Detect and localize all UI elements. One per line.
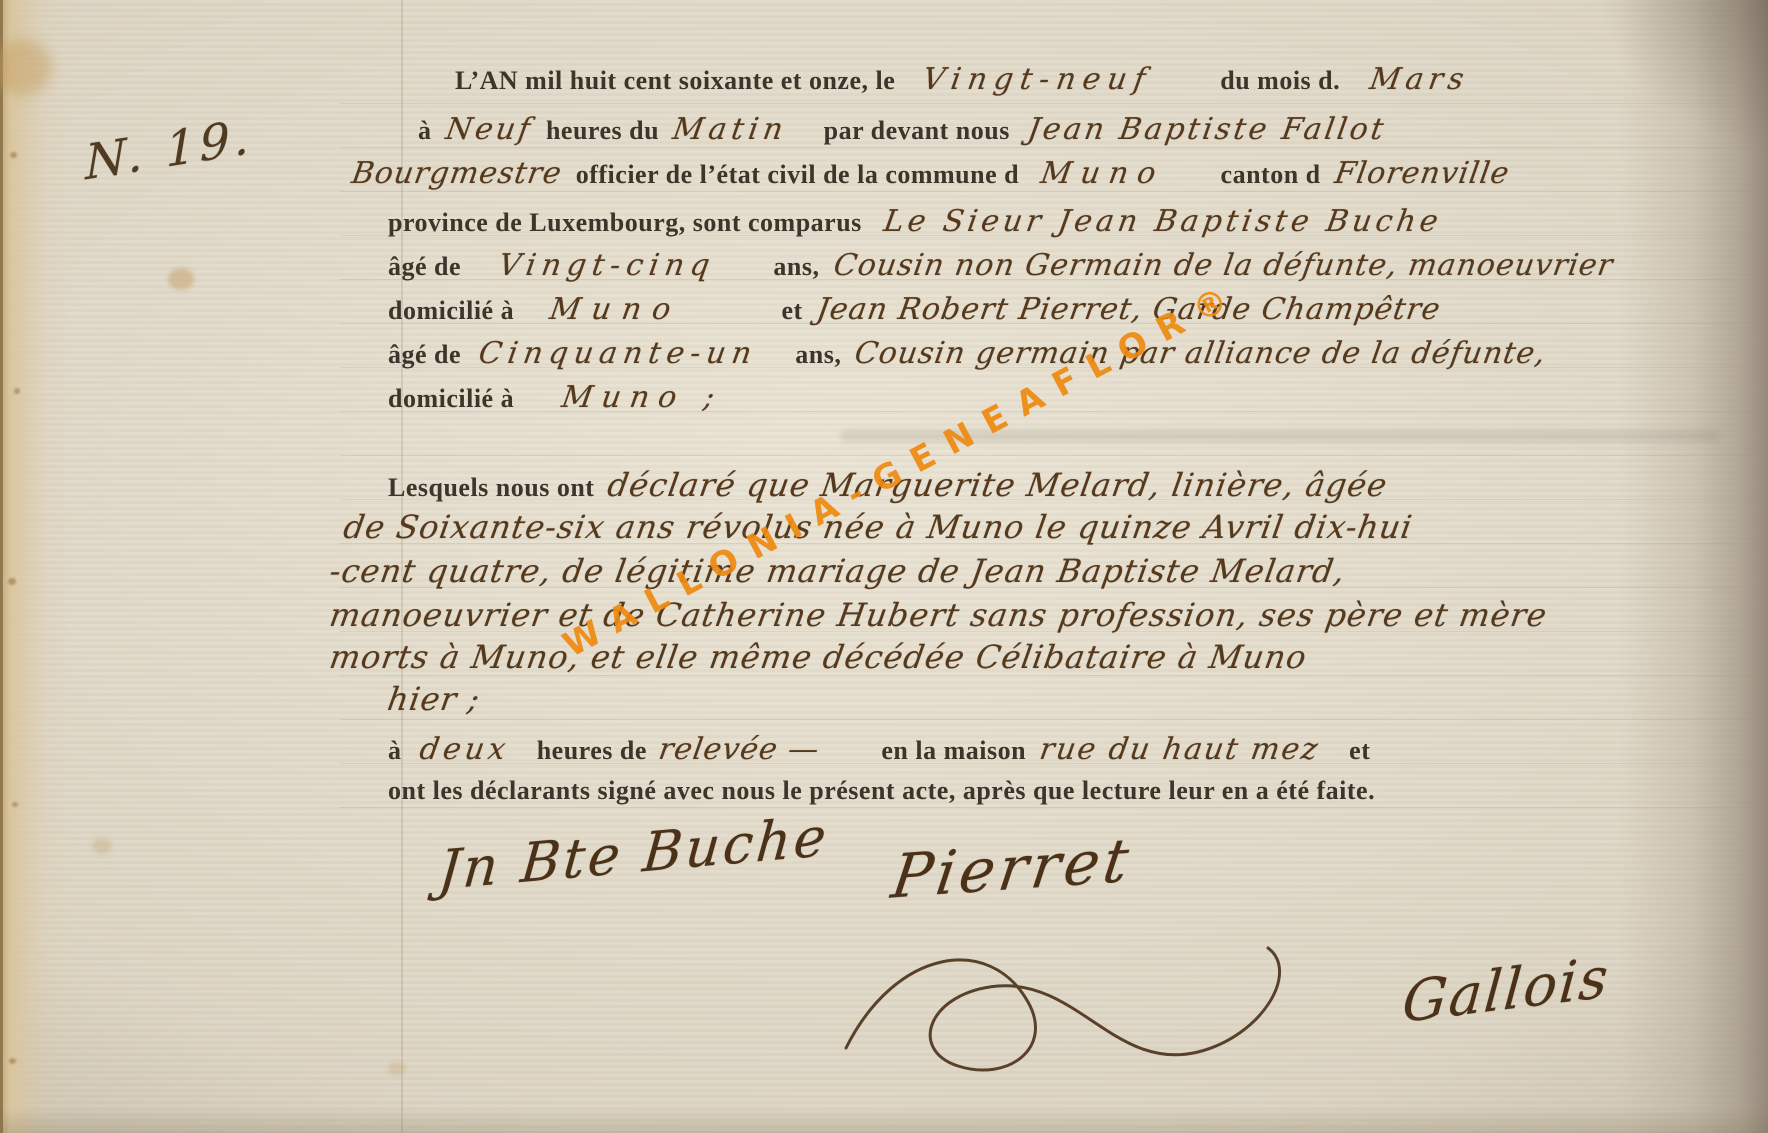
handwritten-text: -cent quatre, de légitime mariage de Jea… — [327, 552, 1348, 590]
handwritten-text: Jean Baptiste Fallot — [1025, 112, 1389, 147]
act-line: Bourgmestreofficier de l’état civil de l… — [352, 156, 1509, 202]
edge-speck — [14, 388, 20, 394]
handwritten-text: Muno — [1038, 156, 1167, 191]
handwritten-text: Le Sieur Jean Baptiste Buche — [881, 204, 1444, 239]
paper-stain — [388, 1062, 406, 1076]
act-line: -cent quatre, de légitime mariage de Jea… — [330, 552, 1345, 598]
page-edge-left-line — [0, 0, 3, 1133]
handwritten-text: Vingt-neuf — [921, 62, 1155, 97]
paper-stain — [0, 40, 52, 95]
act-line: L’AN mil huit cent soixante et onze, leV… — [455, 62, 1468, 108]
paper-stain — [92, 838, 112, 854]
act-line: province de Luxembourg, sont comparusLe … — [388, 204, 1441, 250]
signature-gallois: Gallois — [1400, 945, 1613, 1037]
act-line: domicilié àMunoetJean Robert Pierret, Ga… — [388, 292, 1440, 338]
printed-text: par devant nous — [824, 116, 1010, 145]
printed-text: L’AN mil huit cent soixante et onze, le — [455, 66, 895, 95]
handwritten-text: Jean Robert Pierret, Garde Champêtre — [814, 292, 1443, 327]
act-line: domicilié àMuno ; — [388, 380, 723, 426]
handwritten-text: Neuf — [443, 112, 535, 147]
handwritten-text: Matin — [670, 112, 790, 147]
edge-speck — [12, 802, 18, 807]
act-line: âgé deVingt-cinqans,Cousin non Germain d… — [388, 248, 1613, 294]
page-edge-left — [0, 0, 70, 1133]
handwritten-text: Cinquante-un — [476, 336, 760, 371]
printed-text: à — [388, 736, 402, 765]
printed-text: domicilié à — [388, 296, 514, 325]
printed-text: heures de — [537, 736, 647, 765]
act-line: ont les déclarants signé avec nous le pr… — [388, 776, 1375, 822]
act-line: de Soixante-six ans révolus née à Muno l… — [344, 508, 1412, 554]
paper-stain — [168, 268, 194, 290]
printed-text: et — [1349, 736, 1370, 765]
handwritten-text: relevée — — [656, 732, 822, 767]
page-edge-bottom — [0, 1107, 1768, 1133]
printed-text: à — [418, 116, 432, 145]
printed-text: officier de l’état civil de la commune d — [576, 160, 1019, 189]
handwritten-text: rue du haut mez — [1037, 732, 1322, 767]
printed-text: et — [782, 296, 803, 325]
act-line: morts à Muno, et elle même décédée Célib… — [330, 638, 1307, 684]
handwritten-text: Cousin germain par alliance de la défunt… — [853, 336, 1549, 371]
edge-speck — [9, 1058, 16, 1064]
act-number: N. 19. — [85, 108, 254, 191]
printed-text: du mois d. — [1220, 66, 1340, 95]
printed-text: province de Luxembourg, sont comparus — [388, 208, 862, 237]
handwritten-text: Muno — [547, 292, 684, 327]
printed-text: âgé de — [388, 340, 461, 369]
printed-text: Lesquels nous ont — [388, 473, 594, 502]
printed-text: ans, — [795, 340, 841, 369]
act-line: àdeuxheures derelevée —en la maisonrue d… — [388, 732, 1370, 778]
handwritten-text: hier ; — [385, 680, 483, 718]
handwritten-text: Bourgmestre — [349, 156, 564, 191]
handwritten-text: Florenville — [1332, 156, 1512, 191]
page-edge-right — [1618, 0, 1768, 1133]
handwritten-text: manoeuvrier et de Catherine Hubert sans … — [327, 596, 1550, 634]
page-corner-shadow — [1588, 0, 1768, 160]
registry-act-page: N. 19. L’AN mil huit cent soixante et on… — [0, 0, 1768, 1133]
handwritten-text: Muno ; — [559, 380, 726, 415]
handwritten-text: Vingt-cinq — [496, 248, 718, 283]
act-line: àNeufheures duMatinpar devant nousJean B… — [418, 112, 1386, 158]
handwritten-text: de Soixante-six ans révolus née à Muno l… — [341, 508, 1415, 546]
printed-text: canton d — [1221, 160, 1321, 189]
act-line: manoeuvrier et de Catherine Hubert sans … — [330, 596, 1547, 642]
edge-speck — [10, 152, 17, 158]
printed-text: en la maison — [881, 736, 1026, 765]
handwritten-text: deux — [417, 732, 512, 767]
printed-text: ans, — [773, 252, 819, 281]
printed-text: domicilié à — [388, 384, 514, 413]
handwritten-text: déclaré que Marguerite Melard, linière, … — [605, 466, 1390, 504]
printed-text: âgé de — [388, 252, 461, 281]
handwritten-text: morts à Muno, et elle même décédée Célib… — [327, 638, 1310, 676]
handwritten-text: Mars — [1367, 62, 1471, 97]
printed-text: ont les déclarants signé avec nous le pr… — [388, 776, 1375, 805]
act-line: hier ; — [388, 680, 480, 726]
act-line: âgé deCinquante-unans,Cousin germain par… — [388, 336, 1546, 382]
edge-speck — [8, 578, 16, 585]
printed-text: heures du — [546, 116, 659, 145]
signature-flourish — [832, 930, 1412, 1100]
signature-pierret: Pierret — [887, 825, 1136, 913]
